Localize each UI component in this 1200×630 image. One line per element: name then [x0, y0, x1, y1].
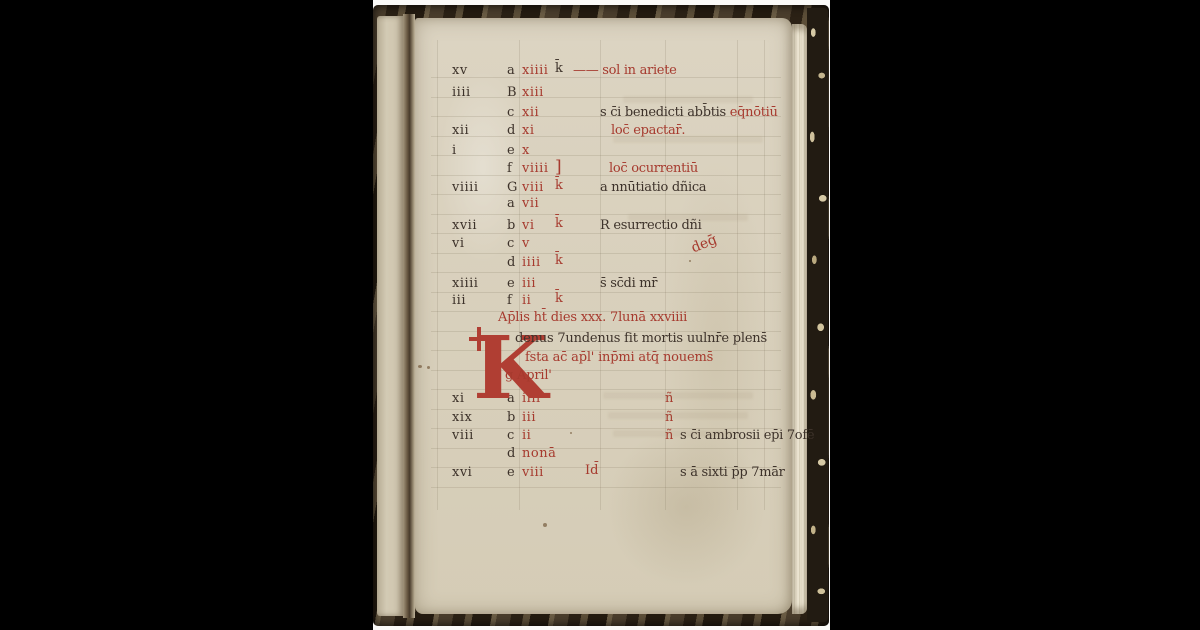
dominical-letter: b [507, 218, 515, 233]
ink-speck [543, 523, 547, 527]
kalends-line: g April' [505, 368, 552, 383]
calendar-row: fviiii]loc̄ ocurrentiū [373, 161, 830, 178]
calendar-row: dnonā [373, 446, 830, 463]
golden-number: viii [452, 428, 474, 443]
kalends-mark: k̄ [555, 291, 563, 306]
golden-number: xii [452, 123, 469, 138]
feast-text: loc̄ ocurrentiū [609, 161, 698, 176]
feast-entry: loc̄ ocurrentiū [609, 161, 698, 176]
ruling-hline [431, 272, 781, 273]
calendar-row: iex [373, 143, 830, 160]
day-numeral: iii [522, 276, 536, 291]
dominical-letter: d [507, 123, 515, 138]
ides-mark: Id̄ [585, 463, 598, 478]
golden-number: xiiii [452, 276, 478, 291]
kalends-mark: k̄ [555, 178, 563, 193]
day-numeral: vii [522, 196, 539, 211]
golden-number: iiii [452, 85, 471, 100]
bleedthrough [608, 412, 748, 419]
ruling-hline [431, 487, 781, 488]
feast-entry: a nnūtiatio dñica [600, 180, 706, 195]
dominical-letter: e [507, 465, 515, 480]
bleedthrough [603, 392, 753, 399]
dominical-letter: G [507, 180, 517, 195]
verse-line-1: denus 7undenus fit mortis uulnr̄e plens̄ [515, 331, 767, 346]
dominical-letter: c [507, 428, 514, 443]
calendar-row: viiiciiñs c̄i ambrosii ep̄i 7ofē [373, 428, 830, 445]
golden-number: iii [452, 293, 466, 308]
kalends-mark: k̄ [555, 61, 563, 76]
day-numeral: xiii [522, 85, 544, 100]
calendar-row: xviibvik̄R esurrectio dñi [373, 218, 830, 235]
golden-number: viiii [452, 180, 478, 195]
calendar-row: xvieviiiId̄s ā sixti p̄p 7mār [373, 465, 830, 482]
golden-number: i [452, 143, 457, 158]
calendar-row: vicv [373, 236, 830, 253]
dominical-letter: f [507, 161, 512, 176]
bleedthrough [613, 136, 763, 143]
dominical-letter: c [507, 236, 514, 251]
feast-text: s c̄i benedicti abb̄tis [600, 105, 730, 120]
golden-number: xv [452, 63, 468, 78]
calendar-row: diiiik̄ [373, 255, 830, 272]
day-numeral: xi [522, 123, 535, 138]
verse-line-2: fsta ac̄ ap̄l' inp̄mi atq̄ nouems̄ [525, 350, 713, 365]
dominical-letter: e [507, 276, 515, 291]
feast-entry: —— sol in ariete [573, 63, 677, 78]
dominical-letter: a [507, 196, 515, 211]
feast-text: eq̄nōtiū [730, 105, 778, 120]
feast-entry: s̄ sc̄di mr̄ [600, 276, 657, 291]
ink-speck [418, 365, 422, 368]
bleedthrough [628, 214, 748, 221]
calendar-row: viiiiGviiik̄a nnūtiatio dñica [373, 180, 830, 197]
ink-speck [689, 260, 691, 262]
feast-entry: s ā sixti p̄p 7mār [680, 465, 785, 480]
dominical-letter: e [507, 143, 515, 158]
ink-speck [570, 432, 572, 434]
golden-number: vi [452, 236, 465, 251]
dominical-letter: B [507, 85, 517, 100]
day-numeral: viiii [522, 161, 548, 176]
day-numeral: vi [522, 218, 535, 233]
bleedthrough [623, 96, 753, 103]
dominical-letter: d [507, 255, 515, 270]
feast-entry: s c̄i benedicti abb̄tis eq̄nōtiū [600, 105, 778, 120]
day-numeral: viii [522, 465, 544, 480]
manuscript-photo: xvaxiiiik̄—— sol in arieteiiiiBxiiicxiis… [373, 0, 830, 630]
calendar-row: xiiiieiiis̄ sc̄di mr̄ [373, 276, 830, 293]
day-numeral: viii [522, 180, 544, 195]
kalends-mark: k̄ [555, 253, 563, 268]
dominical-letter: f [507, 293, 512, 308]
day-numeral: v [522, 236, 530, 251]
calendar-row: cxiis c̄i benedicti abb̄tis eq̄nōtiū [373, 105, 830, 122]
calendar-row: iiiiBxiii [373, 85, 830, 102]
day-numeral: xii [522, 105, 539, 120]
calendar-row: xiaiiiiñ [373, 391, 830, 408]
dominical-letter: d [507, 446, 515, 461]
ink-speck [427, 366, 430, 369]
calendar-row: xvaxiiiik̄—— sol in ariete [373, 63, 830, 80]
calendar-row: avii [373, 196, 830, 213]
feast-text: s̄ sc̄di mr̄ [600, 276, 657, 291]
feast-text: s ā sixti p̄p 7mār [680, 465, 785, 480]
golden-number: xvi [452, 465, 472, 480]
golden-number: xix [452, 410, 472, 425]
day-numeral: nonā [522, 446, 556, 461]
bleedthrough [613, 430, 733, 437]
dominical-letter: a [507, 63, 515, 78]
day-numeral: iiii [522, 255, 541, 270]
calendar-row: xixbiiiñ [373, 410, 830, 427]
golden-number: xi [452, 391, 465, 406]
kalends-mark: ] [555, 157, 562, 177]
calendar-row: iiifiik̄ [373, 293, 830, 310]
day-numeral: x [522, 143, 530, 158]
golden-number: xvii [452, 218, 477, 233]
day-numeral: xiiii [522, 63, 548, 78]
day-numeral: ii [522, 428, 531, 443]
day-numeral: ii [522, 293, 531, 308]
dominical-letter: c [507, 105, 514, 120]
feast-text: —— sol in ariete [573, 63, 677, 78]
feast-text: a nnūtiatio dñica [600, 180, 706, 195]
kalends-mark: k̄ [555, 216, 563, 231]
